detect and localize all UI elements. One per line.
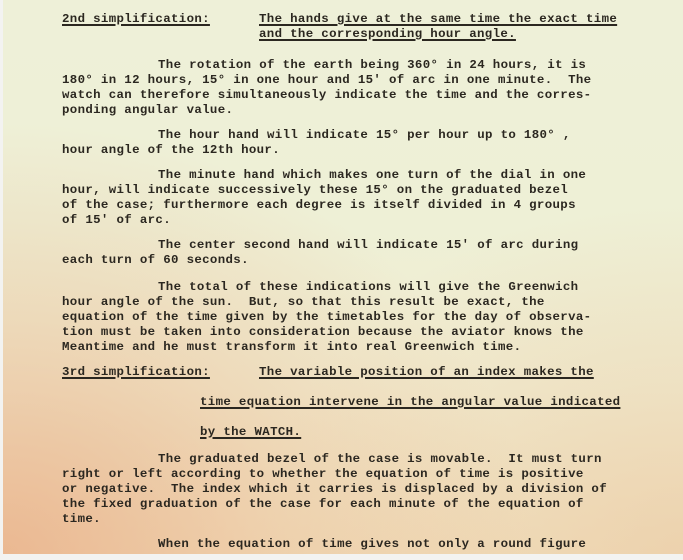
section3-heading-line-2: time equation intervene in the angular v…	[200, 395, 620, 409]
s3-p1-l5: time.	[62, 512, 101, 526]
s2-p4-l1: The center second hand will indicate 15'…	[158, 238, 578, 252]
s2-p5-l5: Meantime and he must transform it into r…	[62, 340, 521, 354]
s2-p2-l2: hour angle of the 12th hour.	[62, 143, 280, 157]
s2-p5-l3: equation of the time given by the timeta…	[62, 310, 591, 324]
s3-p1-l3: or negative. The index which it carries …	[62, 482, 607, 496]
s2-p5-l4: tion must be taken into consideration be…	[62, 325, 584, 339]
s2-p5-l1: The total of these indications will give…	[158, 280, 578, 294]
s2-p1-l4: ponding angular value.	[62, 103, 233, 117]
s2-p3-l1: The minute hand which makes one turn of …	[158, 168, 586, 182]
s2-p1-l2: 180° in 12 hours, 15° in one hour and 15…	[62, 73, 591, 87]
s3-p1-l1: The graduated bezel of the case is movab…	[158, 452, 602, 466]
s2-p3-l2: hour, will indicate successively these 1…	[62, 183, 568, 197]
s2-p1-l3: watch can therefore simultaneously indic…	[62, 88, 591, 102]
s3-p1-l4: the fixed graduation of the case for eac…	[62, 497, 584, 511]
section2-heading-line-1: The hands give at the same time the exac…	[259, 12, 617, 26]
s3-p1-l2: right or left according to whether the e…	[62, 467, 584, 481]
section2-heading-line-2: and the corresponding hour angle.	[259, 27, 516, 41]
typewritten-page: 2nd simplification: The hands give at th…	[3, 0, 683, 554]
s2-p1-l1: The rotation of the earth being 360° in …	[158, 58, 586, 72]
section3-label: 3rd simplification:	[62, 365, 210, 379]
s2-p4-l2: each turn of 60 seconds.	[62, 253, 249, 267]
section3-heading-line-3: by the WATCH.	[200, 425, 301, 439]
section2-label: 2nd simplification:	[62, 12, 210, 26]
s2-p2-l1: The hour hand will indicate 15° per hour…	[158, 128, 571, 142]
s2-p5-l2: hour angle of the sun. But, so that this…	[62, 295, 545, 309]
s2-p3-l4: of 15' of arc.	[62, 213, 171, 227]
s2-p3-l3: of the case; furthermore each degree is …	[62, 198, 576, 212]
section3-heading-line-1: The variable position of an index makes …	[259, 365, 594, 379]
s3-p2-l1: When the equation of time gives not only…	[158, 537, 586, 551]
